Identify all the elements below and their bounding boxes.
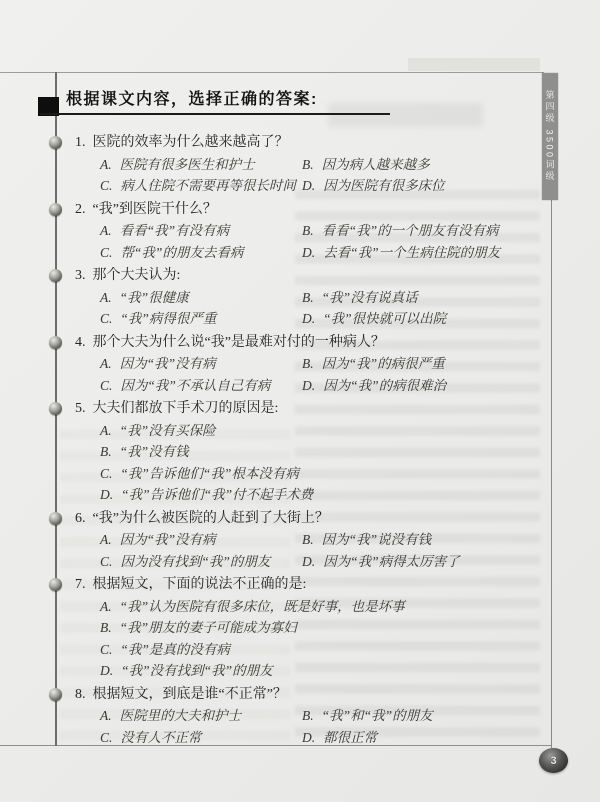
question-number: 8. — [75, 684, 86, 706]
question-text: 7.根据短文，下面的说法不正确的是: — [75, 574, 540, 596]
option-a: A.因为“我”没有病 — [100, 353, 302, 375]
option-label: C. — [100, 730, 112, 745]
question-6: 6.“我”为什么被医院的人赶到了大街上？ A.因为“我”没有病 B.因为“我”说… — [75, 508, 540, 573]
option-label: C. — [100, 245, 112, 260]
option-c: C.“我”是真的没有病 — [100, 639, 540, 661]
option-label: D. — [302, 245, 315, 260]
bullet-icon — [49, 136, 62, 149]
option-label: D. — [302, 554, 315, 569]
question-number: 5. — [75, 398, 86, 420]
question-text: 8.根据短文，到底是谁“不正常”？ — [75, 684, 540, 706]
option-label: B. — [302, 708, 314, 723]
option-label: D. — [100, 487, 113, 502]
frame-top-border — [0, 72, 544, 73]
page-number-badge: 3 — [539, 748, 568, 773]
option-label: C. — [100, 178, 112, 193]
option-c: C.没有人不正常 — [100, 727, 302, 749]
option-a: A.“我”认为医院有很多床位，既是好事，也是坏事 — [100, 596, 540, 618]
option-group: A.因为“我”没有病 B.因为“我”说没有钱 C.因为没有找到“我”的朋友 D.… — [75, 529, 540, 572]
option-d: D.“我”很快就可以出院 — [302, 308, 540, 330]
option-b: B.“我”和“我”的朋友 — [302, 705, 540, 727]
option-d: D.去看“我”一个生病住院的朋友 — [302, 242, 540, 264]
option-c: C.“我”告诉他们“我”根本没有病 — [100, 463, 540, 485]
option-label: A. — [100, 708, 112, 723]
option-b: B.“我”没有说真话 — [302, 287, 540, 309]
question-number: 7. — [75, 574, 86, 596]
option-group: A.医院有很多医生和护士 B.因为病人越来越多 C.病人住院不需要再等很长时间 … — [75, 154, 540, 197]
question-list: 1.医院的效率为什么越来越高了？ A.医院有很多医生和护士 B.因为病人越来越多… — [75, 132, 540, 750]
option-a: A.因为“我”没有病 — [100, 529, 302, 551]
option-label: C. — [100, 642, 112, 657]
option-label: A. — [100, 157, 112, 172]
question-number: 2. — [75, 199, 86, 221]
option-label: A. — [100, 356, 112, 371]
option-label: C. — [100, 554, 112, 569]
option-a: A.“我”很健康 — [100, 287, 302, 309]
bullet-icon — [49, 336, 62, 349]
option-b: B.看看“我”的一个朋友有没有病 — [302, 220, 540, 242]
option-b: B.因为“我”说没有钱 — [302, 529, 540, 551]
bullet-icon — [49, 269, 62, 282]
option-label: A. — [100, 223, 112, 238]
option-label: D. — [302, 730, 315, 745]
option-a: A.看看“我”有没有病 — [100, 220, 302, 242]
question-text: 5.大夫们都放下手术刀的原因是: — [75, 398, 540, 420]
page-bleed-through-title — [328, 103, 483, 127]
option-label: C. — [100, 466, 112, 481]
level-tab: 第四级 3500词级 — [542, 73, 558, 200]
option-label: B. — [302, 223, 314, 238]
option-group: A.“我”没有买保险 B.“我”没有钱 C.“我”告诉他们“我”根本没有病 D.… — [75, 420, 540, 506]
option-a: A.医院里的大夫和护士 — [100, 705, 302, 727]
option-d: D.都很正常 — [302, 727, 540, 749]
option-d: D.因为医院有很多床位 — [302, 175, 540, 197]
option-c: C.因为没有找到“我”的朋友 — [100, 551, 302, 573]
question-text: 2.“我”到医院干什么？ — [75, 199, 540, 221]
bullet-icon — [49, 512, 62, 525]
question-3: 3.那个大夫认为: A.“我”很健康 B.“我”没有说真话 C.“我”病得很严重… — [75, 265, 540, 330]
option-group: A.看看“我”有没有病 B.看看“我”的一个朋友有没有病 C.帮“我”的朋友去看… — [75, 220, 540, 263]
option-label: A. — [100, 532, 112, 547]
page-bleed-through-bar — [408, 58, 540, 71]
question-8: 8.根据短文，到底是谁“不正常”？ A.医院里的大夫和护士 B.“我”和“我”的… — [75, 684, 540, 749]
question-number: 1. — [75, 132, 86, 154]
option-c: C.“我”病得很严重 — [100, 308, 302, 330]
option-label: B. — [100, 444, 112, 459]
option-label: B. — [302, 356, 314, 371]
bullet-icon — [49, 688, 62, 701]
question-text: 6.“我”为什么被医院的人赶到了大街上？ — [75, 508, 540, 530]
option-label: B. — [302, 532, 314, 547]
option-c: C.帮“我”的朋友去看病 — [100, 242, 302, 264]
question-4: 4.那个大夫为什么说“我”是最难对付的一种病人？ A.因为“我”没有病 B.因为… — [75, 332, 540, 397]
question-1: 1.医院的效率为什么越来越高了？ A.医院有很多医生和护士 B.因为病人越来越多… — [75, 132, 540, 197]
question-number: 4. — [75, 332, 86, 354]
option-label: D. — [302, 311, 315, 326]
option-label: D. — [302, 178, 315, 193]
option-d: D.“我”告诉他们“我”付不起手术费 — [100, 484, 540, 506]
question-text: 3.那个大夫认为: — [75, 265, 540, 287]
bullet-icon — [49, 578, 62, 591]
option-label: D. — [302, 378, 315, 393]
section-title: 根据课文内容，选择正确的答案: — [66, 86, 318, 109]
question-number: 6. — [75, 508, 86, 530]
option-b: B.“我”朋友的妻子可能成为寡妇 — [100, 617, 540, 639]
option-d: D.因为“我”病得太厉害了 — [302, 551, 540, 573]
option-c: C.因为“我”不承认自己有病 — [100, 375, 302, 397]
option-label: D. — [100, 663, 113, 678]
option-label: B. — [302, 290, 314, 305]
option-group: A.因为“我”没有病 B.因为“我”的病很严重 C.因为“我”不承认自己有病 D… — [75, 353, 540, 396]
option-label: C. — [100, 311, 112, 326]
option-d: D.“我”没有找到“我”的朋友 — [100, 660, 540, 682]
bullet-icon — [49, 203, 62, 216]
option-label: A. — [100, 290, 112, 305]
page-number: 3 — [550, 755, 556, 767]
question-number: 3. — [75, 265, 86, 287]
option-label: B. — [100, 620, 112, 635]
option-group: A.“我”认为医院有很多床位，既是好事，也是坏事 B.“我”朋友的妻子可能成为寡… — [75, 596, 540, 682]
option-group: A.医院里的大夫和护士 B.“我”和“我”的朋友 C.没有人不正常 D.都很正常 — [75, 705, 540, 748]
option-label: A. — [100, 423, 112, 438]
bullet-icon — [49, 402, 62, 415]
question-2: 2.“我”到医院干什么？ A.看看“我”有没有病 B.看看“我”的一个朋友有没有… — [75, 199, 540, 264]
question-7: 7.根据短文，下面的说法不正确的是: A.“我”认为医院有很多床位，既是好事，也… — [75, 574, 540, 682]
option-c: C.病人住院不需要再等很长时间 — [100, 175, 302, 197]
option-b: B.“我”没有钱 — [100, 441, 540, 463]
option-label: A. — [100, 599, 112, 614]
option-b: B.因为病人越来越多 — [302, 154, 540, 176]
option-d: D.因为“我”的病很难治 — [302, 375, 540, 397]
option-label: C. — [100, 378, 112, 393]
option-group: A.“我”很健康 B.“我”没有说真话 C.“我”病得很严重 D.“我”很快就可… — [75, 287, 540, 330]
option-b: B.因为“我”的病很严重 — [302, 353, 540, 375]
option-label: B. — [302, 157, 314, 172]
option-a: A.“我”没有买保险 — [100, 420, 540, 442]
question-text: 1.医院的效率为什么越来越高了？ — [75, 132, 540, 154]
section-title-underline — [40, 113, 390, 115]
option-a: A.医院有很多医生和护士 — [100, 154, 302, 176]
question-5: 5.大夫们都放下手术刀的原因是: A.“我”没有买保险 B.“我”没有钱 C.“… — [75, 398, 540, 506]
question-text: 4.那个大夫为什么说“我”是最难对付的一种病人？ — [75, 332, 540, 354]
